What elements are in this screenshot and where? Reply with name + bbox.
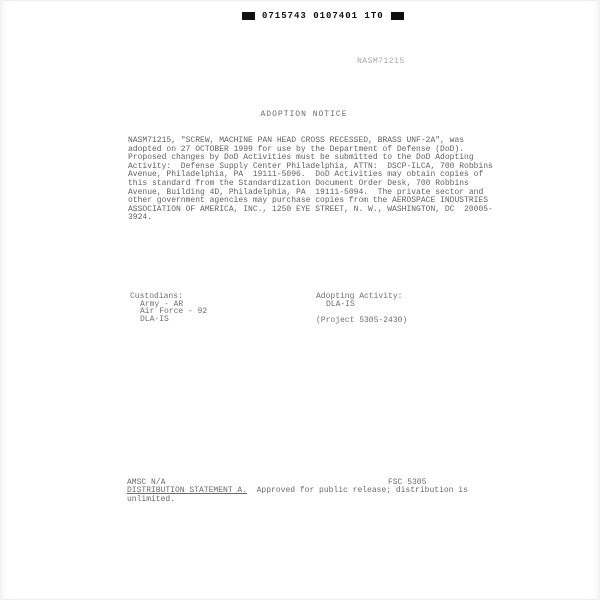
- distribution-statement-line1: DISTRIBUTION STATEMENT A. Approved for p…: [127, 487, 487, 496]
- page-title: ADOPTION NOTICE: [128, 110, 480, 119]
- adopting-activity-section: Adopting Activity: DLA-IS (Project 5305-…: [316, 293, 407, 325]
- adoption-notice-paragraph: NASM71215, "SCREW, MACHINE PAN HEAD CROS…: [128, 137, 488, 223]
- distribution-statement-rest: Approved for public release; distributio…: [247, 486, 468, 495]
- distribution-statement-line2: unlimited.: [127, 496, 487, 505]
- document-header-code: 0715743 0107401 1T0: [242, 11, 404, 21]
- paragraph-line: ASSOCIATION OF AMERICA, INC., 1250 EYE S…: [128, 206, 488, 215]
- distribution-statement: DISTRIBUTION STATEMENT A. Approved for p…: [127, 487, 487, 504]
- document-number: NASM71215: [357, 57, 405, 66]
- custodian-item: DLA-IS: [140, 316, 207, 324]
- custodians-list: Army - ARAir Force - 92DLA-IS: [130, 301, 207, 324]
- adopting-activity-value: DLA-IS: [316, 301, 407, 309]
- header-code-text: 0715743 0107401 1T0: [262, 11, 384, 21]
- paragraph-line: 3924.: [128, 214, 488, 223]
- custodians-section: Custodians: Army - ARAir Force - 92DLA-I…: [130, 293, 207, 323]
- barcode-block-right-icon: [391, 12, 404, 20]
- project-number: (Project 5305-2430): [316, 317, 407, 325]
- scanned-document-page: 0715743 0107401 1T0 NASM71215 ADOPTION N…: [0, 0, 600, 600]
- barcode-block-left-icon: [242, 12, 255, 20]
- distribution-statement-label: DISTRIBUTION STATEMENT A.: [127, 486, 247, 495]
